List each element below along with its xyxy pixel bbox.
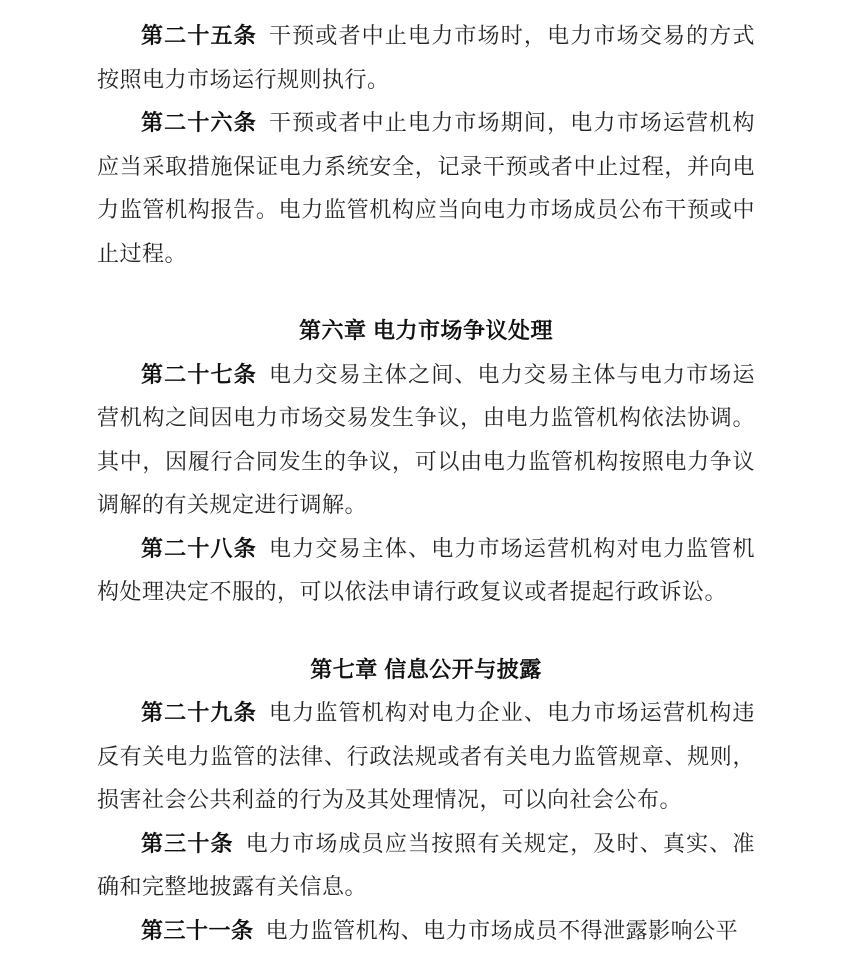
chapter-heading: 第六章 电力市场争议处理 xyxy=(97,309,755,353)
article-paragraph: 第三十条电力市场成员应当按照有关规定，及时、真实、准确和完整地披露有关信息。 xyxy=(97,822,755,909)
article-paragraph: 第三十一条电力监管机构、电力市场成员不得泄露影响公平 xyxy=(97,909,755,953)
article-number: 第二十七条 xyxy=(141,362,257,387)
article-paragraph: 第二十八条电力交易主体、电力市场运营机构对电力监管机构处理决定不服的，可以依法申… xyxy=(97,527,755,614)
article-number: 第二十九条 xyxy=(141,700,257,725)
article-paragraph: 第二十七条电力交易主体之间、电力交易主体与电力市场运营机构之间因电力市场交易发生… xyxy=(97,353,755,527)
document-page: 第二十五条干预或者中止电力市场时，电力市场交易的方式按照电力市场运行规则执行。 … xyxy=(0,0,844,967)
article-number: 第二十八条 xyxy=(141,536,257,561)
article-number: 第二十五条 xyxy=(141,23,257,48)
chapter-heading: 第七章 信息公开与披露 xyxy=(97,648,755,692)
article-number: 第三十条 xyxy=(141,831,234,856)
article-text: 电力监管机构、电力市场成员不得泄露影响公平 xyxy=(266,918,739,943)
article-paragraph: 第二十五条干预或者中止电力市场时，电力市场交易的方式按照电力市场运行规则执行。 xyxy=(97,14,755,101)
article-paragraph: 第二十九条电力监管机构对电力企业、电力市场运营机构违反有关电力监管的法律、行政法… xyxy=(97,691,755,822)
article-paragraph: 第二十六条干预或者中止电力市场期间，电力市场运营机构应当采取措施保证电力系统安全… xyxy=(97,101,755,275)
article-number: 第二十六条 xyxy=(141,110,257,135)
article-number: 第三十一条 xyxy=(141,918,254,943)
